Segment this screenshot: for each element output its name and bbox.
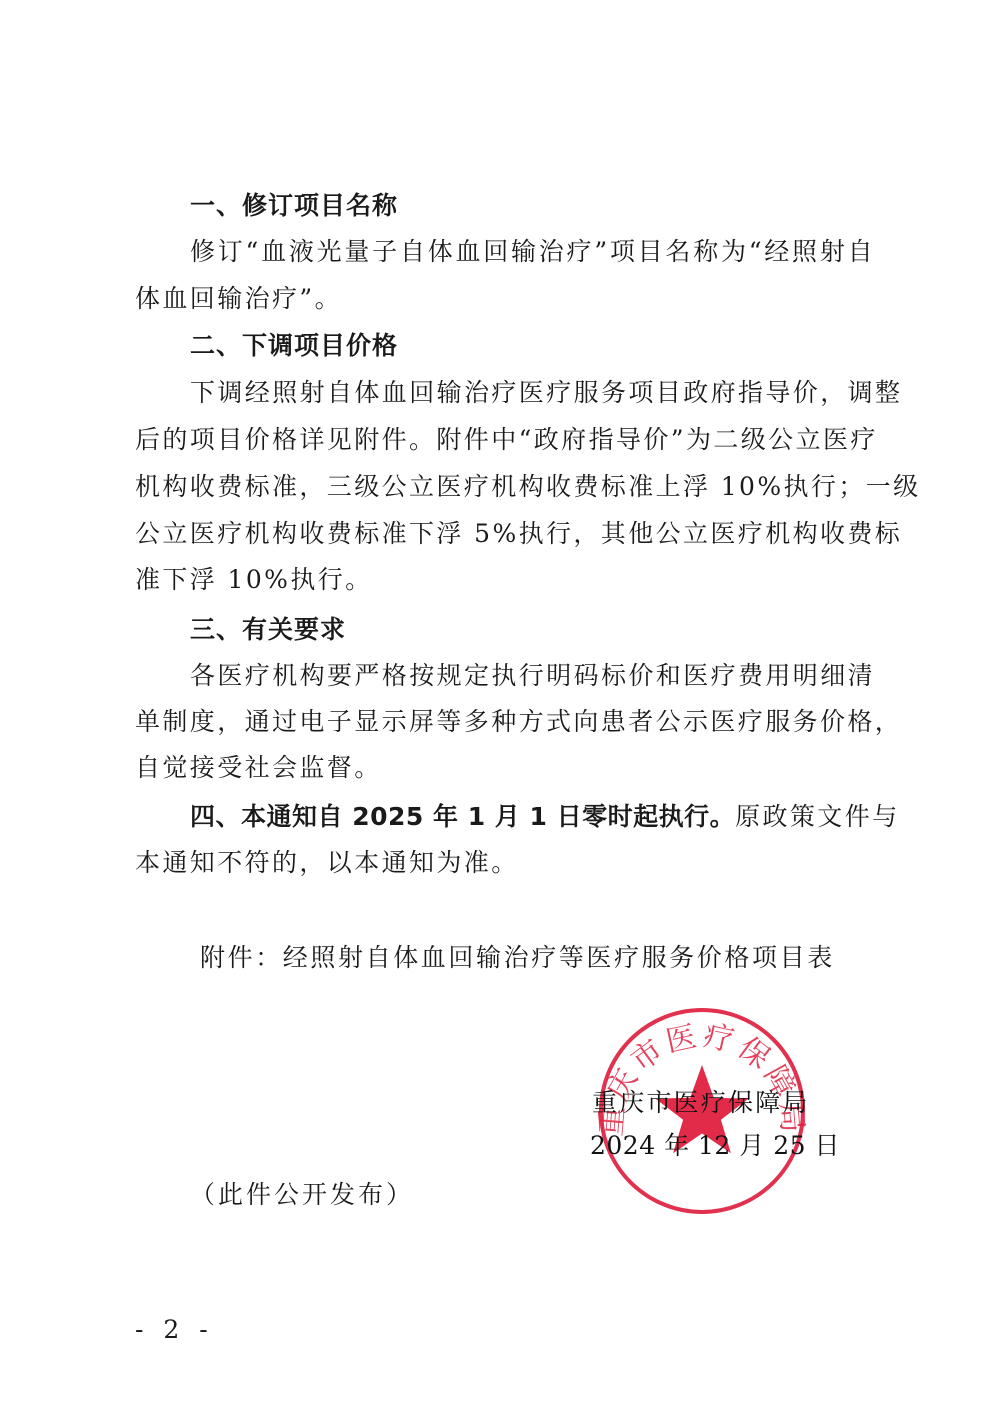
signature-date: 2024 年 12 月 25 日 bbox=[590, 1126, 840, 1166]
section-4-heading: 四、本通知自 2025 年 1 月 1 日零时起执行。 bbox=[190, 802, 735, 831]
public-release-note: （此件公开发布） bbox=[190, 1172, 414, 1218]
section-1-body-line-2: 体血回输治疗”。 bbox=[135, 276, 875, 322]
section-3-body-line-2: 单制度，通过电子显示屏等多种方式向患者公示医疗服务价格， bbox=[135, 699, 875, 745]
section-4-body-line-2: 本通知不符的，以本通知为准。 bbox=[135, 840, 875, 886]
section-1-body-line-1: 修订“血液光量子自体血回输治疗”项目名称为“经照射自 bbox=[190, 229, 875, 275]
section-4-line-1: 四、本通知自 2025 年 1 月 1 日零时起执行。原政策文件与 bbox=[190, 794, 875, 840]
section-2-body-line-2: 后的项目价格详见附件。附件中“政府指导价”为二级公立医疗 bbox=[135, 417, 875, 463]
signature-organization: 重庆市医疗保障局 bbox=[592, 1083, 810, 1123]
section-2-heading: 二、下调项目价格 bbox=[190, 323, 875, 369]
page-number: - 2 - bbox=[135, 1310, 214, 1350]
section-4-first-line-rest: 原政策文件与 bbox=[735, 802, 899, 831]
section-3-body-line-3: 自觉接受社会监督。 bbox=[135, 745, 875, 791]
section-2-body-line-3: 机构收费标准，三级公立医疗机构收费标准上浮 10%执行；一级 bbox=[135, 464, 875, 510]
section-2-body-line-1: 下调经照射自体血回输治疗医疗服务项目政府指导价，调整 bbox=[190, 370, 875, 416]
document-page: 一、修订项目名称 修订“血液光量子自体血回输治疗”项目名称为“经照射自 体血回输… bbox=[0, 0, 1000, 1414]
attachment-reference: 附件：经照射自体血回输治疗等医疗服务价格项目表 bbox=[200, 935, 835, 981]
section-3-body-line-1: 各医疗机构要严格按规定执行明码标价和医疗费用明细清 bbox=[190, 653, 875, 699]
section-3-heading: 三、有关要求 bbox=[190, 607, 875, 653]
section-1-heading: 一、修订项目名称 bbox=[190, 183, 875, 229]
section-2-body-line-4: 公立医疗机构收费标准下浮 5%执行，其他公立医疗机构收费标 bbox=[135, 511, 875, 557]
section-2-body-line-5: 准下浮 10%执行。 bbox=[135, 557, 875, 603]
